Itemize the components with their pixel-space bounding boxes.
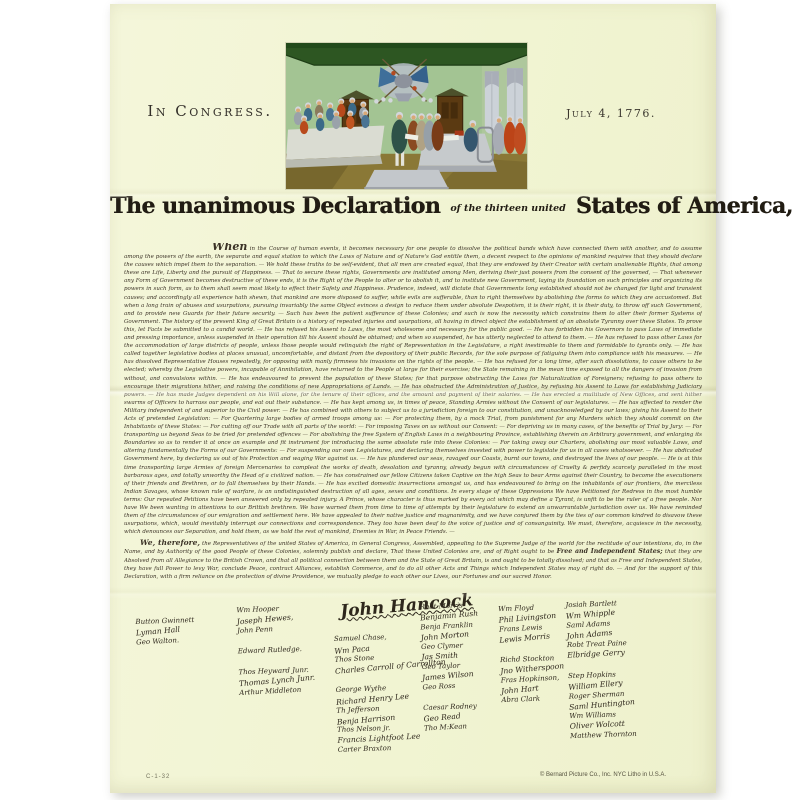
- signature: Lewis Morris: [499, 630, 564, 646]
- signature: Geo Ross: [422, 679, 481, 692]
- signature: Jas Smith: [421, 649, 480, 662]
- signature-column-maryland-virginia: Samuel Chase,Wm PacaThos StoneCharles Ca…: [334, 630, 449, 766]
- signature: Benja Harrison: [336, 708, 447, 728]
- signature: John Hart: [501, 681, 566, 697]
- signature: Saml Huntington: [569, 697, 636, 713]
- signature: Samuel Chase,: [334, 630, 445, 644]
- signature: Thomas Lynch Junr.: [239, 673, 316, 690]
- signature: John Morton: [420, 629, 479, 644]
- signature: Caesar Rodney: [423, 701, 482, 713]
- opening-word: When: [212, 243, 247, 253]
- signature: Benjamin Rush: [420, 609, 479, 624]
- fold-crease: [110, 188, 716, 200]
- signature: Geo Taylor: [422, 660, 481, 672]
- signature: Jno Witherspoon: [500, 661, 565, 677]
- publisher-credit: © Bernard Picture Co., Inc. NYC Litho in…: [498, 772, 708, 778]
- signature: Frans Lewis: [499, 621, 563, 634]
- fold-crease: [110, 587, 716, 599]
- signature: George Wythe: [336, 681, 447, 695]
- paragraph-2-bold-phrase: Free and Independent States;: [557, 548, 663, 555]
- in-congress-label: In Congress.: [140, 102, 280, 120]
- signature: Wm Williams: [569, 709, 636, 721]
- signature-column-newengland: Josiah BartlettWm WhippleSaml AdamsJohn …: [565, 598, 637, 752]
- signature: Arthur Middleton: [239, 684, 316, 698]
- signature: Th Jefferson: [336, 700, 447, 716]
- declaration-poster: In Congress. July 4, 1776.: [110, 4, 716, 793]
- signature: Benja Franklin: [420, 620, 479, 633]
- signature: John Penn: [237, 622, 314, 636]
- signature: Matthew Thornton: [570, 729, 637, 741]
- date-label: July 4, 1776.: [556, 107, 666, 120]
- signature: James Wilson: [422, 668, 481, 683]
- plate-code: C-1-32: [146, 774, 170, 780]
- signature: Fras Hopkinson,: [500, 672, 564, 685]
- signature: Richard Henry Lee: [336, 688, 447, 708]
- signature: William Ellery: [568, 677, 635, 693]
- signature: Wm Paca: [334, 637, 445, 657]
- signature: Abra Clark: [501, 693, 565, 705]
- title-part-2: of the thirteen united: [450, 203, 565, 214]
- signature-column-carolinas: Wm HooperJoseph Hewes,John PennEdward Ru…: [236, 603, 316, 709]
- signature: Joseph Hewes,: [236, 611, 313, 628]
- signature: Elbridge Gerry: [567, 647, 634, 660]
- signature: Phil Livingston: [498, 610, 563, 626]
- signature: Charles Carroll of Carrollton: [335, 657, 446, 677]
- signature: Thos Nelson jr.: [337, 721, 448, 735]
- body-paragraph-2: We, therefore, the Representatives of th…: [124, 539, 702, 580]
- signature: Wm Whipple: [566, 606, 633, 622]
- signature: Thos Heyward Junr.: [238, 665, 315, 678]
- paragraph-2-lead: We, therefore,: [140, 538, 200, 547]
- signature: Carter Braxton: [338, 741, 449, 755]
- signature: Tho M:Kean: [424, 720, 483, 733]
- signature: Francis Lightfoot Lee: [337, 730, 448, 746]
- signature: Geo Walton.: [136, 634, 195, 647]
- painting-canvas: [286, 43, 527, 189]
- signature: Robt Morris: [420, 600, 479, 612]
- signature-column-newyork-newjersey: Wm FloydPhil LivingstonFrans LewisLewis …: [498, 602, 566, 716]
- signature: Button Gwinnett: [135, 615, 194, 627]
- signature: Edward Rutledge.: [238, 644, 315, 657]
- signature: Geo Clymer: [421, 640, 480, 652]
- signature: Lyman Hall: [135, 623, 194, 638]
- signature: Wm Hooper: [236, 603, 313, 616]
- photo-background: In Congress. July 4, 1776.: [0, 0, 800, 800]
- signature: Roger Sherman: [568, 688, 635, 701]
- signature: Geo Read: [423, 709, 482, 724]
- signature: Wm Floyd: [498, 602, 562, 614]
- signature: Richd Stockton: [500, 653, 564, 665]
- signature: Robt Treat Paine: [567, 638, 634, 650]
- signature: Step Hopkins: [568, 669, 635, 681]
- signature-column-pennsylvania-delaware: Robt MorrisBenjamin RushBenja FranklinJo…: [420, 600, 483, 744]
- signature: Thos Stone: [334, 649, 445, 665]
- signature: John Adams: [566, 626, 633, 642]
- declaration-body: When in the Course of human events, it b…: [124, 243, 702, 601]
- signature: Oliver Wolcott: [570, 718, 637, 731]
- declaration-signing-painting: [286, 43, 527, 189]
- signature-column-georgia: Button GwinnettLyman HallGeo Walton.: [135, 615, 195, 658]
- signature: Saml Adams: [566, 617, 633, 630]
- fold-crease: [110, 385, 716, 397]
